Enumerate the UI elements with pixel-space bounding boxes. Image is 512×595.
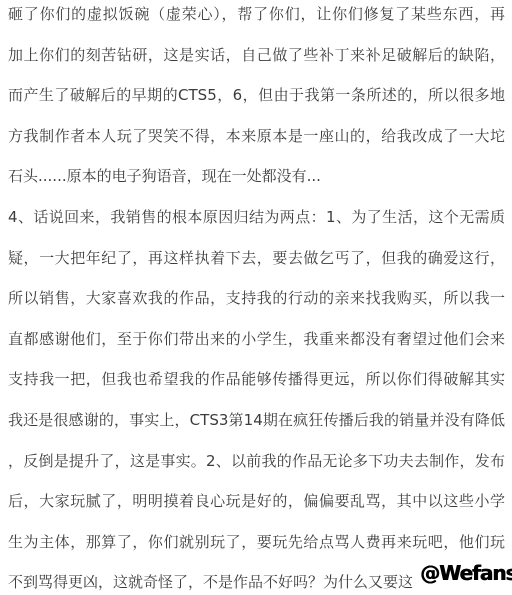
watermark: @Wefans (420, 561, 512, 585)
text-line: 砸了你们的虚拟饭碗（虚荣心），帮了你们，让你们修复了某些东西，再 (8, 0, 505, 35)
text-line: 生为主体，那算了，你们就别玩了，要玩先给点骂人费再来玩吧，他们玩 (8, 522, 505, 563)
text-line: 加上你们的刻苦钻研，这是实话，自己做了些补丁来补足破解后的缺陷， (8, 35, 505, 76)
text-line: 方我制作者本人玩了哭笑不得，本来原本是一座山的，给我改成了一大坨 (8, 116, 505, 157)
text-line: 石头......原本的电子狗语音，现在一处都没有... (8, 156, 505, 197)
document-page: 砸了你们的虚拟饭碗（虚荣心），帮了你们，让你们修复了某些东西，再 加上你们的刻苦… (0, 0, 512, 595)
text-line: 支持我一把，但我也希望我的作品能够传播得更远，所以你们得破解其实 (8, 359, 505, 400)
text-line: 4、话说回来，我销售的根本原因归结为两点：1、为了生活，这个无需质 (8, 197, 505, 238)
text-block: 砸了你们的虚拟饭碗（虚荣心），帮了你们，让你们修复了某些东西，再 加上你们的刻苦… (8, 0, 505, 595)
text-line: 直都感谢他们，至于你们带出来的小学生，我重来都没有奢望过他们会来 (8, 319, 505, 360)
text-line: 后，大家玩腻了，明明摸着良心玩是好的，偏偏要乱骂，其中以这些小学 (8, 481, 505, 522)
text-line: 而产生了破解后的早期的CTS5，6，但由于我第一条所述的，所以很多地 (8, 75, 505, 116)
text-line: 所以销售，大家喜欢我的作品，支持我的行动的亲来找我购买，所以我一 (8, 278, 505, 319)
text-line: ，反倒是提升了，这是事实。2、以前我的作品无论多下功夫去制作，发布 (8, 441, 505, 482)
text-line: 疑，一大把年纪了，再这样执着下去，要去做乞丐了，但我的确爱这行， (8, 238, 505, 279)
text-line: 我还是很感谢的，事实上，CTS3第14期在疯狂传播后我的销量并没有降低 (8, 400, 505, 441)
